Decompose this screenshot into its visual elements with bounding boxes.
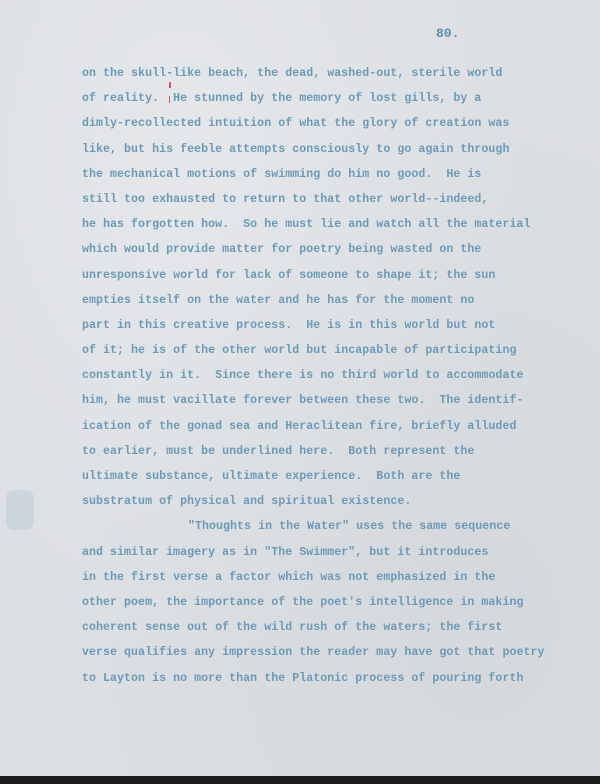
text-line: he has forgotten how. So he must lie and… — [82, 212, 572, 237]
text-line: on the skull-like beach, the dead, washe… — [82, 61, 572, 86]
text-line: which would provide matter for poetry be… — [82, 237, 572, 262]
text-line: in the first verse a factor which was no… — [82, 565, 572, 590]
text-line: to earlier, must be underlined here. Bot… — [82, 439, 572, 464]
text-line: unresponsive world for lack of someone t… — [82, 263, 572, 288]
text-line: verse qualifies any impression the reade… — [82, 640, 572, 665]
text-line: still too exhausted to return to that ot… — [82, 187, 572, 212]
text-line: to Layton is no more than the Platonic p… — [82, 666, 572, 691]
document-page: 80. on the skull-like beach, the dead, w… — [0, 0, 600, 776]
text-line: part in this creative process. He is in … — [82, 313, 572, 338]
text-line: constantly in it. Since there is no thir… — [82, 363, 572, 388]
scan-bottom-edge — [0, 776, 600, 784]
text-line: coherent sense out of the wild rush of t… — [82, 615, 572, 640]
text-line: empties itself on the water and he has f… — [82, 288, 572, 313]
text-line: dimly-recollected intuition of what the … — [82, 111, 572, 136]
paragraph-start-line: "Thoughts in the Water" uses the same se… — [82, 514, 572, 539]
text-line: and similar imagery as in "The Swimmer",… — [82, 540, 572, 565]
paper-smudge — [6, 490, 34, 530]
text-line: ultimate substance, ultimate experience.… — [82, 464, 572, 489]
text-line: substratum of physical and spiritual exi… — [82, 489, 572, 514]
text-line: him, he must vacillate forever between t… — [82, 388, 572, 413]
text-line: of reality. He stunned by the memory of … — [82, 86, 572, 111]
text-line: the mechanical motions of swimming do hi… — [82, 162, 572, 187]
text-line: other poem, the importance of the poet's… — [82, 590, 572, 615]
body-text: on the skull-like beach, the dead, washe… — [82, 61, 572, 691]
text-line: ication of the gonad sea and Heraclitean… — [82, 414, 572, 439]
page-number: 80. — [436, 26, 459, 41]
text-line: like, but his feeble attempts consciousl… — [82, 137, 572, 162]
text-line: of it; he is of the other world but inca… — [82, 338, 572, 363]
